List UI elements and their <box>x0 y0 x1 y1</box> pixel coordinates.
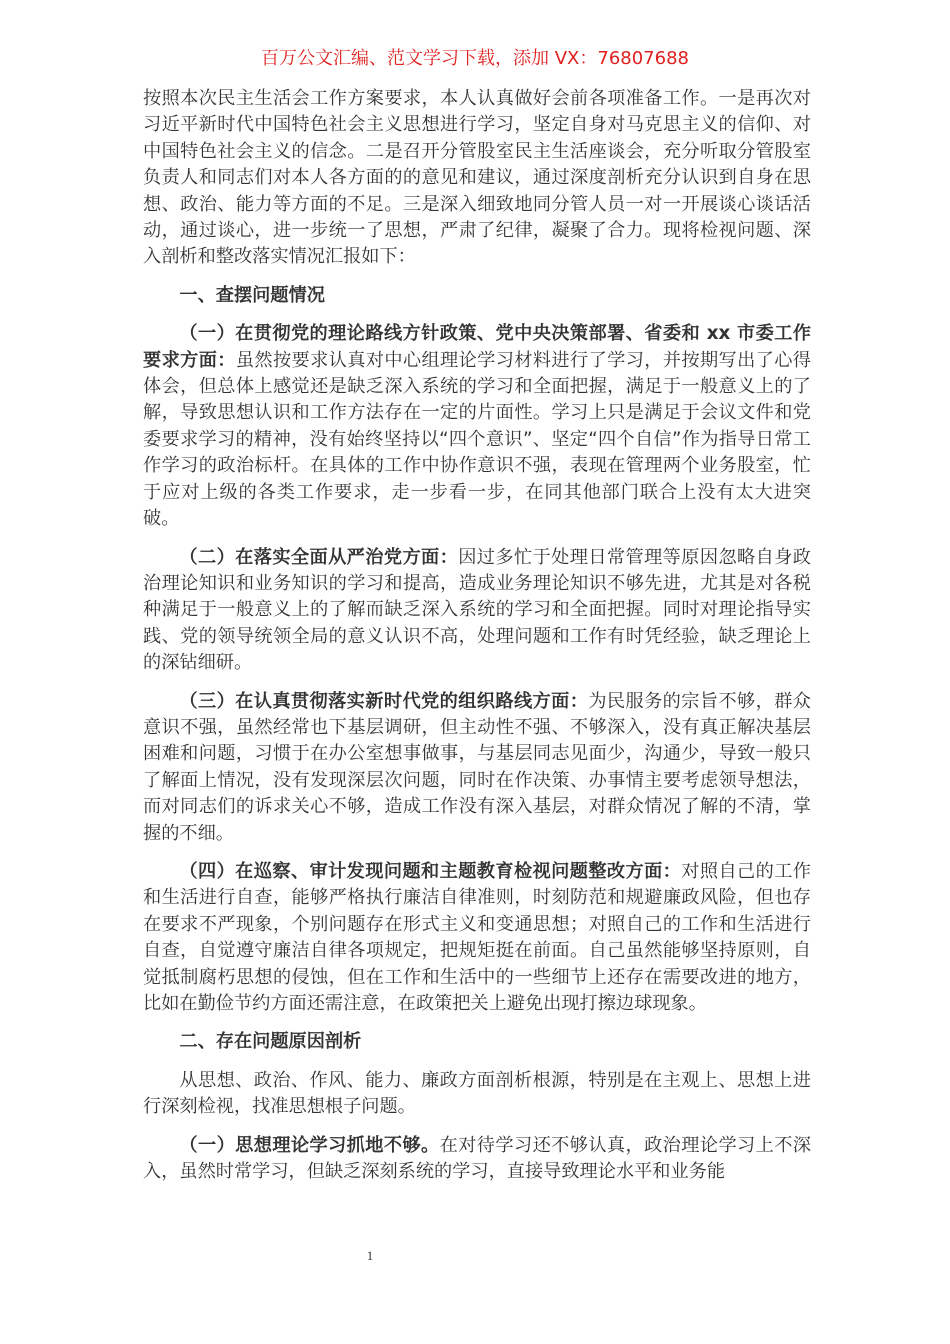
section1-item-3: （三）在认真贯彻落实新时代党的组织路线方面：为民服务的宗旨不够，群众意识不强，虽… <box>143 689 811 847</box>
section2-intro: 从思想、政治、作风、能力、廉政方面剖析根源，特别是在主观上、思想上进行深刻检视，… <box>143 1068 811 1121</box>
section1-item-2: （二）在落实全面从严治党方面：因过多忙于处理日常管理等原因忽略自身政治理论知识和… <box>143 545 811 677</box>
item-body: 对照自己的工作和生活进行自查，能够严格执行廉洁自律准则，时刻防范和规避廉政风险，… <box>143 861 811 1014</box>
item-body: 为民服务的宗旨不够，群众意识不强，虽然经常也下基层调研，但主动性不强、不够深入，… <box>143 691 811 844</box>
item-title: （一）思想理论学习抓地不够。 <box>179 1135 439 1156</box>
item-body: 虽然按要求认真对中心组理论学习材料进行了学习，并按期写出了心得体会，但总体上感觉… <box>143 350 811 529</box>
section1-item-1: （一）在贯彻党的理论路线方针政策、党中央决策部署、省委和 xx 市委工作要求方面… <box>143 321 811 532</box>
page-number: 1 <box>0 1248 740 1264</box>
item-title: （四）在巡察、审计发现问题和主题教育检视问题整改方面： <box>179 861 681 882</box>
document-page: 百万公文汇编、范文学习下载，添加 VX：76807688 按照本次民主生活会工作… <box>0 0 950 1344</box>
item-title: （二）在落实全面从严治党方面： <box>179 547 458 568</box>
intro-paragraph: 按照本次民主生活会工作方案要求，本人认真做好会前各项准备工作。一是再次对习近平新… <box>143 86 811 271</box>
document-body: 按照本次民主生活会工作方案要求，本人认真做好会前各项准备工作。一是再次对习近平新… <box>143 86 811 1185</box>
section-heading-1: 一、查摆问题情况 <box>143 283 811 309</box>
item-title: （三）在认真贯彻落实新时代党的组织路线方面： <box>179 691 588 712</box>
download-banner: 百万公文汇编、范文学习下载，添加 VX：76807688 <box>0 46 950 72</box>
section1-item-4: （四）在巡察、审计发现问题和主题教育检视问题整改方面：对照自己的工作和生活进行自… <box>143 859 811 1017</box>
section2-item-1: （一）思想理论学习抓地不够。在对待学习还不够认真，政治理论学习上不深入，虽然时常… <box>143 1133 811 1186</box>
section-heading-2: 二、存在问题原因剖析 <box>143 1029 811 1055</box>
